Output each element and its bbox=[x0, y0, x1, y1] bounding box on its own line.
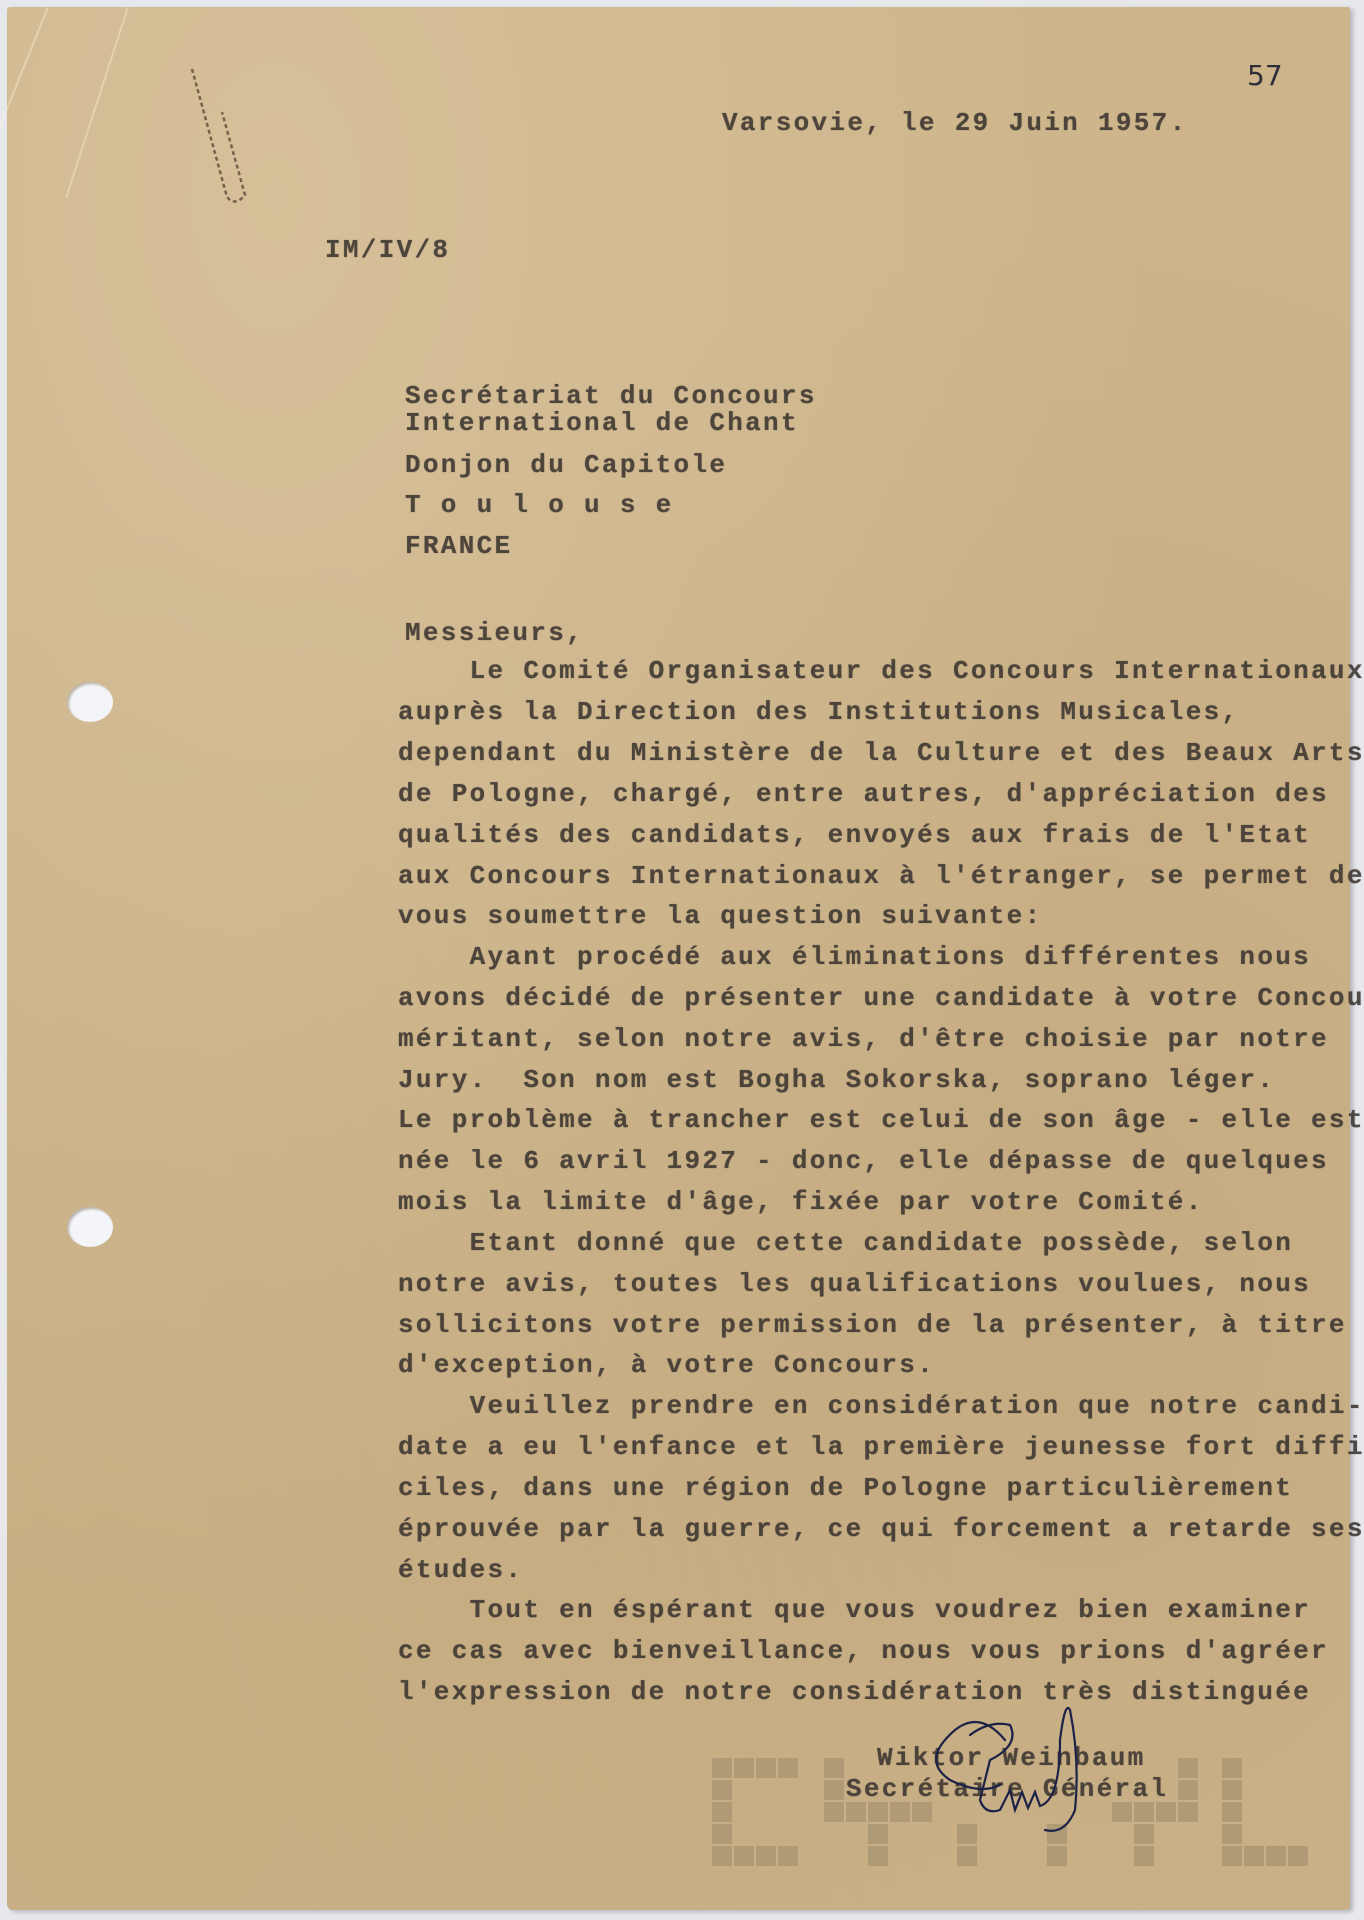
body-line: auprès la Direction des Institutions Mus… bbox=[398, 699, 1239, 725]
body-line: de Pologne, chargé, entre autres, d'appr… bbox=[398, 781, 1329, 807]
body-line: Jury. Son nom est Bogha Sokorska, sopran… bbox=[398, 1067, 1275, 1093]
punch-hole bbox=[67, 1207, 113, 1247]
body-line: dependant du Ministère de la Culture et … bbox=[398, 740, 1364, 766]
body-line: vous soumettre la question suivante: bbox=[398, 903, 1043, 929]
body-line: mois la limite d'âge, fixée par votre Co… bbox=[398, 1189, 1204, 1215]
body-line: sollicitons votre permission de la prése… bbox=[398, 1312, 1347, 1338]
reference-number: IM/IV/8 bbox=[325, 237, 450, 263]
recipient-line: FRANCE bbox=[405, 533, 512, 559]
body-line: Le problème à trancher est celui de son … bbox=[398, 1107, 1364, 1133]
body-line: ciles, dans une région de Pologne partic… bbox=[398, 1475, 1293, 1501]
recipient-line: T o u l o u s e bbox=[405, 492, 674, 518]
body-line: Etant donné que cette candidate possède,… bbox=[398, 1230, 1293, 1256]
body-line: avons décidé de présenter une candidate … bbox=[398, 985, 1364, 1011]
body-line: méritant, selon notre avis, d'être chois… bbox=[398, 1026, 1329, 1052]
handwritten-signature-icon bbox=[910, 1700, 1130, 1840]
paper-crease bbox=[0, 7, 49, 249]
body-line: Veuillez prendre en considération que no… bbox=[398, 1393, 1364, 1419]
recipient-line: International de Chant bbox=[405, 410, 799, 436]
salutation: Messieurs, bbox=[405, 620, 584, 646]
body-line: née le 6 avril 1927 - donc, elle dépasse… bbox=[398, 1148, 1329, 1174]
body-line: Ayant procédé aux éliminations différent… bbox=[398, 944, 1311, 970]
body-line: notre avis, toutes les qualifications vo… bbox=[398, 1271, 1311, 1297]
body-line: éprouvée par la guerre, ce qui forcement… bbox=[398, 1516, 1364, 1542]
page-number: 57 bbox=[1247, 59, 1283, 92]
recipient-line: Secrétariat du Concours bbox=[405, 383, 817, 409]
body-line: ce cas avec bienveillance, nous vous pri… bbox=[398, 1638, 1329, 1664]
body-line: qualités des candidats, envoyés aux frai… bbox=[398, 822, 1311, 848]
body-line: l'expression de notre considération très… bbox=[398, 1679, 1311, 1705]
punch-hole bbox=[67, 682, 113, 722]
body-line: d'exception, à votre Concours. bbox=[398, 1352, 935, 1378]
place-date: Varsovie, le 29 Juin 1957. bbox=[722, 110, 1187, 136]
paperclip-mark-icon bbox=[187, 67, 257, 207]
body-line: Tout en éspérant que vous voudrez bien e… bbox=[398, 1597, 1311, 1623]
body-line: études. bbox=[398, 1557, 523, 1583]
body-line: aux Concours Internationaux à l'étranger… bbox=[398, 863, 1364, 889]
body-line: Le Comité Organisateur des Concours Inte… bbox=[398, 658, 1364, 684]
paper-crease bbox=[65, 7, 129, 198]
body-line: date a eu l'enfance et la première jeune… bbox=[398, 1434, 1364, 1460]
recipient-line: Donjon du Capitole bbox=[405, 452, 727, 478]
